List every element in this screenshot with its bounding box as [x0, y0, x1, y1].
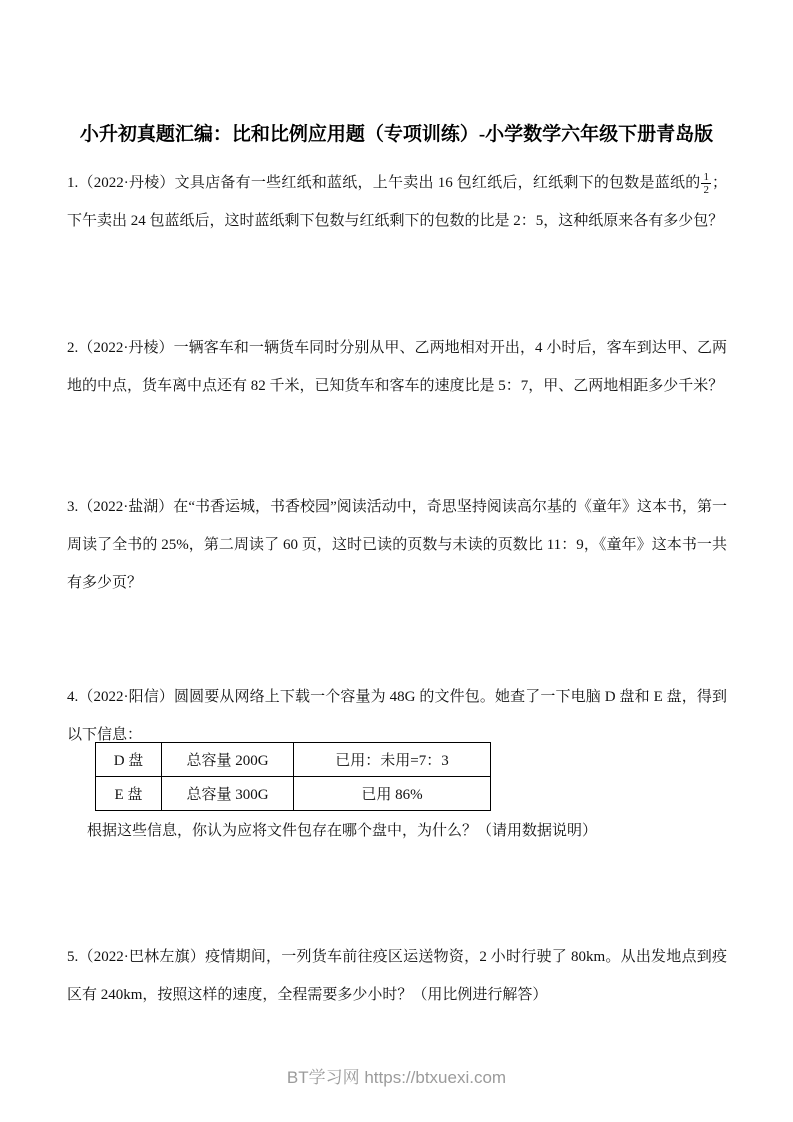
fraction-numerator: 1	[701, 171, 711, 184]
disk-info-table: D 盘 总容量 200G 已用：未用=7：3 E 盘 总容量 300G 已用 8…	[95, 742, 491, 811]
watermark-footer: BT学习网 https://btxuexi.com	[0, 1066, 793, 1090]
question-4-note: 根据这些信息，你认为应将文件包存在哪个盘中，为什么？（请用数据说明）	[67, 812, 727, 850]
worksheet-page: 小升初真题汇编：比和比例应用题（专项训练）-小学数学六年级下册青岛版 1.（20…	[0, 0, 793, 1122]
question-3: 3.（2022·盐湖）在“书香运城，书香校园”阅读活动中，奇思坚持阅读高尔基的《…	[67, 488, 727, 602]
page-title: 小升初真题汇编：比和比例应用题（专项训练）-小学数学六年级下册青岛版	[0, 121, 793, 148]
table-cell-disk-name: D 盘	[96, 743, 162, 777]
question-1: 1.（2022·丹棱）文具店备有一些红纸和蓝纸，上午卖出 16 包红纸后，红纸剩…	[67, 164, 727, 240]
question-1-text-before-fraction: 1.（2022·丹棱）文具店备有一些红纸和蓝纸，上午卖出 16 包红纸后，红纸剩…	[67, 175, 700, 191]
question-2: 2.（2022·丹棱）一辆客车和一辆货车同时分别从甲、乙两地相对开出，4 小时后…	[67, 329, 727, 405]
table-row-e-drive: E 盘 总容量 300G 已用 86%	[96, 777, 491, 811]
table-cell-usage: 已用：未用=7：3	[294, 743, 491, 777]
table-cell-disk-name: E 盘	[96, 777, 162, 811]
table-cell-usage: 已用 86%	[294, 777, 491, 811]
fraction-one-half: 12	[701, 171, 711, 196]
fraction-denominator: 2	[701, 184, 711, 196]
table-cell-capacity: 总容量 300G	[162, 777, 294, 811]
question-5: 5.（2022·巴林左旗）疫情期间，一列货车前往疫区运送物资，2 小时行驶了 8…	[67, 938, 727, 1014]
table-row-d-drive: D 盘 总容量 200G 已用：未用=7：3	[96, 743, 491, 777]
table-cell-capacity: 总容量 200G	[162, 743, 294, 777]
